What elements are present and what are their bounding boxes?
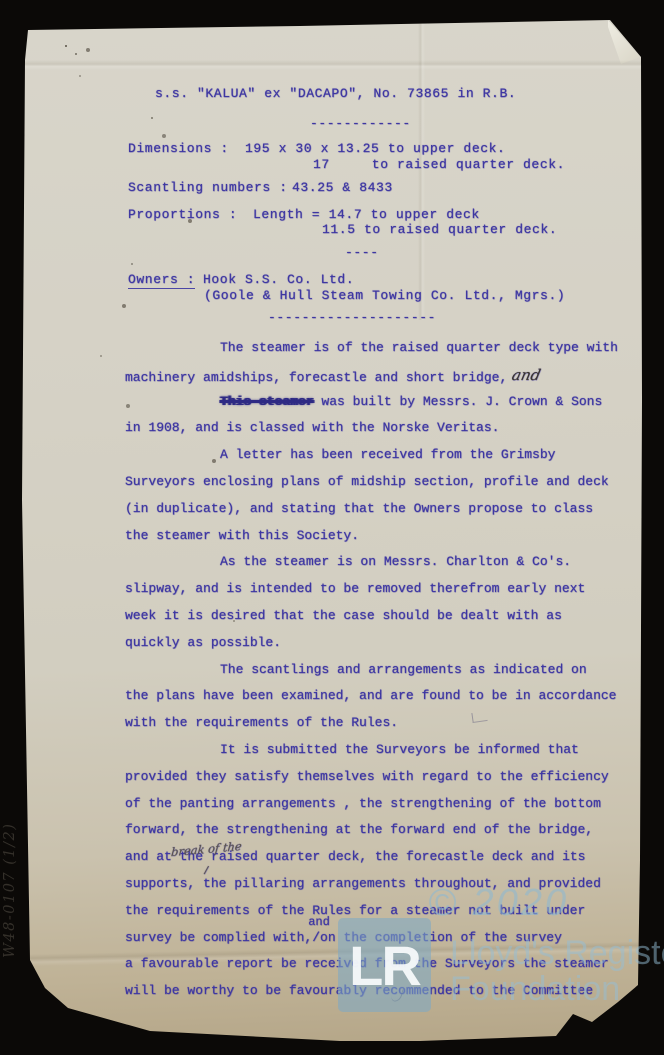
- body-line: It is submitted the Surveyors be informe…: [220, 742, 579, 757]
- pencil-check-marks: [471, 711, 487, 723]
- body-line-text: raised quarter deck, the forecastle deck…: [211, 849, 585, 864]
- divider-tiny: ----: [345, 245, 379, 260]
- owners-value-line1: Hook S.S. Co. Ltd.: [203, 272, 354, 287]
- body-line: week it is desired that the case should …: [125, 608, 562, 623]
- body-line: A letter has been received from the Grim…: [220, 447, 555, 462]
- interlined-insertion: and/: [312, 930, 320, 945]
- body-line: Surveyors enclosing plans of midship sec…: [125, 474, 609, 489]
- watermark-copyright: © 2020: [428, 882, 569, 925]
- scanned-document-page: s.s. "KALUA" ex "DACAPO", No. 73865 in R…: [0, 0, 664, 1055]
- body-line: slipway, and is intended to be removed t…: [125, 581, 585, 596]
- body-line: in 1908, and is classed with the Norske …: [125, 420, 499, 435]
- body-line: with the requirements of the Rules.: [125, 715, 398, 730]
- body-line-text: was built by Messrs. J. Crown & Sons: [314, 394, 603, 409]
- body-line-text: survey be complied with,: [125, 930, 312, 945]
- owners-label: Owners :: [128, 272, 195, 287]
- typed-and-above-line: and: [308, 915, 330, 929]
- body-line: the plans have been examined, and are fo…: [125, 688, 616, 703]
- divider-short: ------------: [310, 116, 411, 131]
- body-line: The steamer is of the raised quarter dec…: [220, 340, 618, 355]
- archive-reference-handwritten: W48-0107 (1/2): [2, 738, 32, 958]
- watermark-org-line1: Lloyd's Register: [450, 934, 664, 973]
- paper-crease: [20, 60, 642, 70]
- owners-value-line2: (Goole & Hull Steam Towing Co. Ltd., Mgr…: [204, 288, 565, 303]
- body-line: and at thebreak of the/raised quarter de…: [125, 849, 585, 864]
- dimensions-label: Dimensions :: [128, 141, 229, 156]
- owners-label-underlined: Owners :: [128, 272, 195, 289]
- scantling-value: 43.25 & 8433: [292, 180, 393, 195]
- proportions-value-line2: 11.5 to raised quarter deck.: [322, 222, 557, 237]
- dimensions-value-line1: 195 x 30 x 13.25 to upper deck.: [245, 141, 505, 156]
- divider-long: --------------------: [268, 310, 436, 325]
- body-line: provided they satisfy themselves with re…: [125, 769, 609, 784]
- lloyds-register-logo: LR: [338, 918, 431, 1012]
- body-line: As the steamer is on Messrs. Charlton & …: [220, 554, 571, 569]
- foxing-specks: [65, 45, 67, 47]
- body-line: forward, the strengthening at the forwar…: [125, 822, 593, 837]
- body-line: machinery amidships, forecastle and shor…: [125, 367, 540, 385]
- watermark-org-line2: Foundation: [450, 970, 620, 1009]
- body-line: The scantlings and arrangements as indic…: [220, 662, 587, 677]
- body-line-text: machinery amidships, forecastle and shor…: [125, 370, 507, 385]
- slash-mark: /: [312, 930, 320, 945]
- overtyped-text: This steamer: [220, 394, 314, 409]
- lr-logo-letters: LR: [349, 933, 420, 998]
- body-line: the steamer with this Society.: [125, 528, 359, 543]
- body-line: of the panting arrangements , the streng…: [125, 796, 601, 811]
- document-title: s.s. "KALUA" ex "DACAPO", No. 73865 in R…: [155, 86, 516, 101]
- body-line: This steamer was built by Messrs. J. Cro…: [220, 394, 602, 409]
- proportions-label: Proportions :: [128, 207, 237, 222]
- body-line: (in duplicate), and stating that the Own…: [125, 501, 593, 516]
- scantling-label: Scantling numbers :: [128, 180, 288, 195]
- handwritten-and-annotation: and: [511, 366, 543, 384]
- proportions-value-line1: Length = 14.7 to upper deck: [253, 207, 480, 222]
- dimensions-value-line2: 17 to raised quarter deck.: [313, 157, 565, 172]
- body-line: quickly as possible.: [125, 635, 281, 650]
